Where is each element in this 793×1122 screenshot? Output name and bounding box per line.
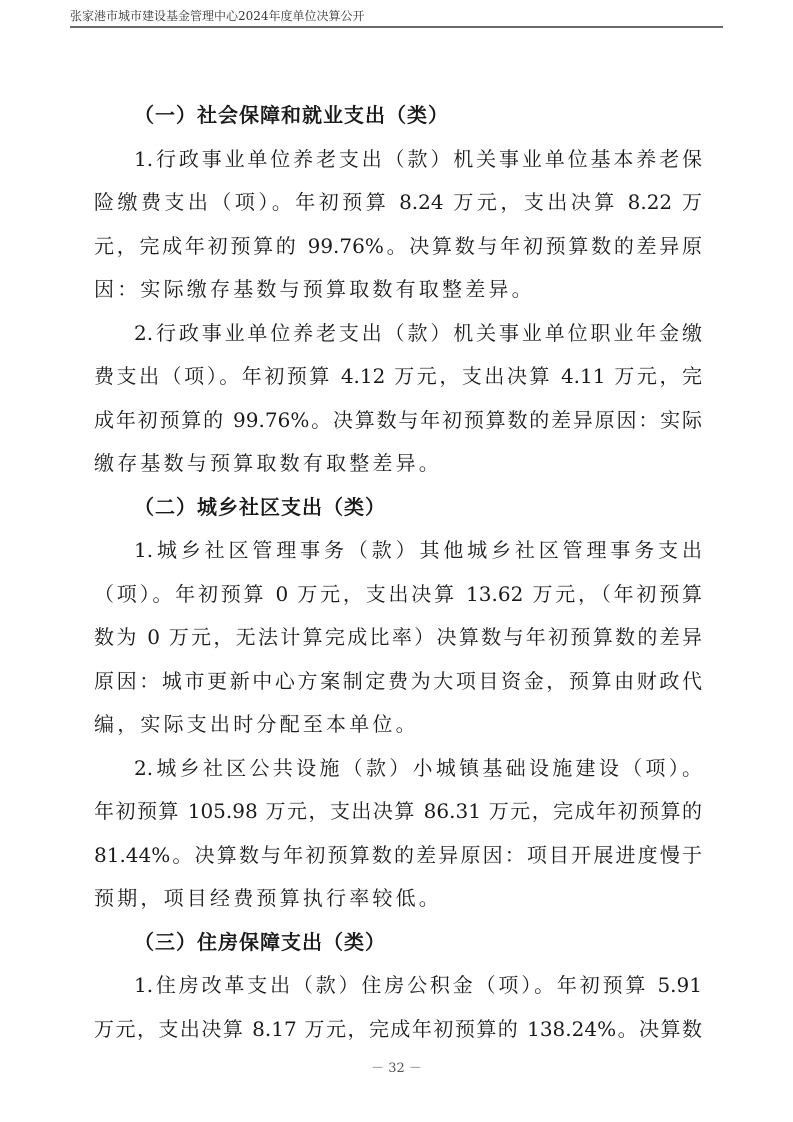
paragraph-line: 因：实际缴存基数与预算取数有取整差异。: [94, 268, 702, 312]
header-title: 张家港市城市建设基金管理中心2024年度单位决算公开: [70, 9, 365, 23]
paragraph-line: 编，实际支出时分配至本单位。: [94, 703, 702, 747]
paragraph-line: 预期，项目经费预算执行率较低。: [94, 877, 702, 921]
paragraph-line: 2.城乡社区公共设施（款）小城镇基础设施建设（项）。: [94, 747, 702, 791]
paragraph-line: 成年初预算的 99.76%。决算数与年初预算数的差异原因：实际: [94, 399, 702, 443]
paragraph-line: （项）。年初预算 0 万元，支出决算 13.62 万元，（年初预算: [94, 573, 702, 617]
paragraph-line: 万元，支出决算 8.17 万元，完成年初预算的 138.24%。决算数: [94, 1008, 702, 1052]
section-heading-urban-rural: （二）城乡社区支出（类）: [94, 486, 702, 530]
paragraph-line: 缴存基数与预算取数有取整差异。: [94, 442, 702, 486]
page-header: 张家港市城市建设基金管理中心2024年度单位决算公开: [70, 8, 723, 28]
paragraph-line: 2.行政事业单位养老支出（款）机关事业单位职业年金缴: [94, 312, 702, 356]
paragraph-line: 1.住房改革支出（款）住房公积金（项）。年初预算 5.91: [94, 964, 702, 1008]
paragraph-line: 81.44%。决算数与年初预算数的差异原因：项目开展进度慢于: [94, 834, 702, 878]
document-body: （一）社会保障和就业支出（类） 1.行政事业单位养老支出（款）机关事业单位基本养…: [94, 94, 702, 1051]
paragraph-line: 元，完成年初预算的 99.76%。决算数与年初预算数的差异原: [94, 225, 702, 269]
paragraph-line: 年初预算 105.98 万元，支出决算 86.31 万元，完成年初预算的: [94, 790, 702, 834]
paragraph-line: 原因：城市更新中心方案制定费为大项目资金，预算由财政代: [94, 660, 702, 704]
section-heading-social-security: （一）社会保障和就业支出（类）: [94, 94, 702, 138]
paragraph-line: 险缴费支出（项）。年初预算 8.24 万元，支出决算 8.22 万: [94, 181, 702, 225]
paragraph-line: 费支出（项）。年初预算 4.12 万元，支出决算 4.11 万元，完: [94, 355, 702, 399]
section-heading-housing: （三）住房保障支出（类）: [94, 921, 702, 965]
paragraph-line: 数为 0 万元，无法计算完成比率）决算数与年初预算数的差异: [94, 616, 702, 660]
paragraph-line: 1.城乡社区管理事务（款）其他城乡社区管理事务支出: [94, 529, 702, 573]
paragraph-line: 1.行政事业单位养老支出（款）机关事业单位基本养老保: [94, 138, 702, 182]
page-number: － 32 －: [0, 1057, 793, 1076]
